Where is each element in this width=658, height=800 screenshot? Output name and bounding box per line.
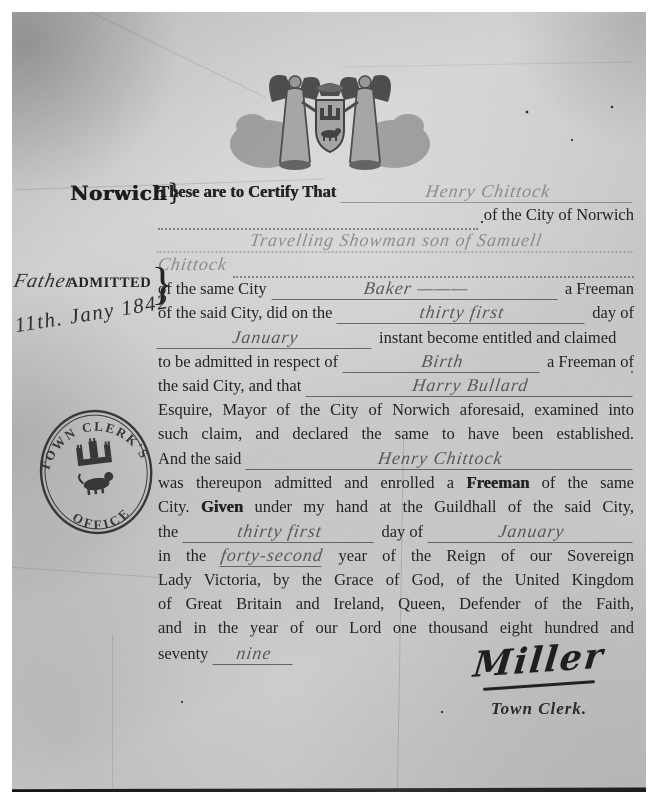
certificate-line: of the City of Norwich xyxy=(158,205,634,229)
crease-line xyxy=(12,567,162,578)
printed-text: and in the year of our Lord one thousand… xyxy=(158,618,634,637)
certificate-line: such claim, and declared the same to hav… xyxy=(158,424,634,448)
certificate-line: of the said City, did on thethirty first… xyxy=(158,302,634,326)
blank-rule xyxy=(233,257,634,278)
certificate-line: These are to Certify ThatHenry Chittock xyxy=(158,181,634,205)
margin-note-row: Father ADMITTED } xyxy=(14,270,172,293)
printed-text: instant become entitled and claimed xyxy=(379,328,634,348)
certificate-line: Travelling Showman son of Samuell xyxy=(158,230,634,254)
seal-castle-icon xyxy=(75,436,112,466)
handwritten-entry: Chittock xyxy=(157,254,229,275)
handwritten-entry: nine xyxy=(213,643,296,665)
margin-admission-note: Father ADMITTED } 11th. Jany 1842 xyxy=(14,270,172,326)
margin-hand-father: Father xyxy=(12,270,77,293)
printed-text: in the xyxy=(158,546,206,565)
certificate-line: Esquire, Mayor of the City of Norwich af… xyxy=(158,400,634,424)
printed-text: of the same City xyxy=(158,279,267,299)
handwritten-entry: forty-second xyxy=(220,545,325,567)
printed-text: was thereupon admitted and enrolled a xyxy=(158,473,454,492)
certificate-line: Chittock xyxy=(158,254,634,278)
town-clerks-office-seal: TOWN CLERK'S OFFICE xyxy=(22,392,170,549)
margin-printed-admitted: ADMITTED xyxy=(67,275,151,292)
handwritten-entry: thirty first xyxy=(183,521,377,543)
signature-block: Miller Town Clerk. xyxy=(444,640,634,719)
margin-hand-date: 11th. Jany 1842 xyxy=(13,289,173,338)
printed-text: of Great Britain and Ireland, Queen, Def… xyxy=(158,594,634,613)
cap-of-maintenance xyxy=(317,83,343,96)
printed-text: day of xyxy=(381,522,423,542)
handwritten-entry: Baker ——— xyxy=(271,278,560,300)
blank-rule xyxy=(158,209,478,230)
crease-line xyxy=(112,634,113,790)
photo-frame: Norwich} Father ADMITTED } 11th. Jany 18… xyxy=(0,0,658,800)
certificate-line: the said City, and thatHarry Bullard xyxy=(158,375,634,399)
certificate-body: These are to Certify ThatHenry Chittocko… xyxy=(158,181,634,667)
signature-title: Town Clerk. xyxy=(444,699,634,719)
blackletter-text: These are to Certify That xyxy=(158,182,336,202)
certificate-line: Januaryinstant become entitled and claim… xyxy=(158,327,634,351)
blackletter-text: Given xyxy=(201,497,243,516)
blackletter-text: Freeman xyxy=(466,473,529,492)
certificate-paper: Norwich} Father ADMITTED } 11th. Jany 18… xyxy=(12,12,646,792)
handwritten-entry: Henry Chittock xyxy=(341,181,636,203)
certificate-line: And the saidHenry Chittock xyxy=(158,448,634,472)
certificate-line: of Great Britain and Ireland, Queen, Def… xyxy=(158,594,634,618)
seal-arc-bottom-text: OFFICE xyxy=(69,503,136,536)
printed-text: Lady Victoria, by the Grace of God, of t… xyxy=(158,570,634,589)
certificate-line: City. Given under my hand at the Guildha… xyxy=(158,497,634,521)
certificate-line: of the same CityBaker ———a Freeman xyxy=(158,278,634,302)
place-name: Norwich xyxy=(70,181,167,205)
printed-text: a Freeman of xyxy=(547,352,634,372)
printed-text: under my hand at the Guildhall of the sa… xyxy=(254,497,634,516)
printed-text: a Freeman xyxy=(565,279,634,299)
handwritten-entry: Birth xyxy=(343,351,543,373)
printed-text: Esquire, Mayor of the City of Norwich af… xyxy=(158,400,634,419)
printed-text: the said City, and that xyxy=(158,376,301,396)
certificate-line: thethirty firstday ofJanuary xyxy=(158,521,634,545)
paper-bottom-edge xyxy=(12,787,646,792)
printed-text: the xyxy=(158,522,178,542)
printed-text: And the said xyxy=(158,449,241,469)
printed-text: City. xyxy=(158,497,189,516)
seal-lion-icon xyxy=(79,470,116,496)
handwritten-entry: Harry Bullard xyxy=(306,375,636,397)
printed-text: to be admitted in respect of xyxy=(158,352,338,372)
printed-text: year of the Reign of our Sovereign xyxy=(339,546,634,565)
certificate-line: Lady Victoria, by the Grace of God, of t… xyxy=(158,570,634,594)
certificate-line: was thereupon admitted and enrolled a Fr… xyxy=(158,473,634,497)
printed-text: seventy xyxy=(158,644,208,664)
town-clerk-signature: Miller xyxy=(442,633,636,688)
handwritten-entry: Travelling Showman son of Samuell xyxy=(156,230,635,253)
handwritten-entry: Henry Chittock xyxy=(246,448,636,470)
printed-text: of the said City, did on the xyxy=(158,303,332,323)
certificate-line: in the forty-second year of the Reign of… xyxy=(158,545,634,569)
shield xyxy=(316,100,344,152)
printed-text: of the City of Norwich xyxy=(484,205,634,225)
printed-text: day of xyxy=(592,303,634,323)
printed-text: such claim, and declared the same to hav… xyxy=(158,424,634,443)
handwritten-entry: January xyxy=(156,327,374,349)
printed-text: of the same xyxy=(542,473,634,492)
certificate-line: to be admitted in respect ofBirtha Freem… xyxy=(158,351,634,375)
handwritten-entry: thirty first xyxy=(337,302,588,324)
handwritten-entry: January xyxy=(428,521,636,543)
city-crest-icon xyxy=(224,52,436,178)
